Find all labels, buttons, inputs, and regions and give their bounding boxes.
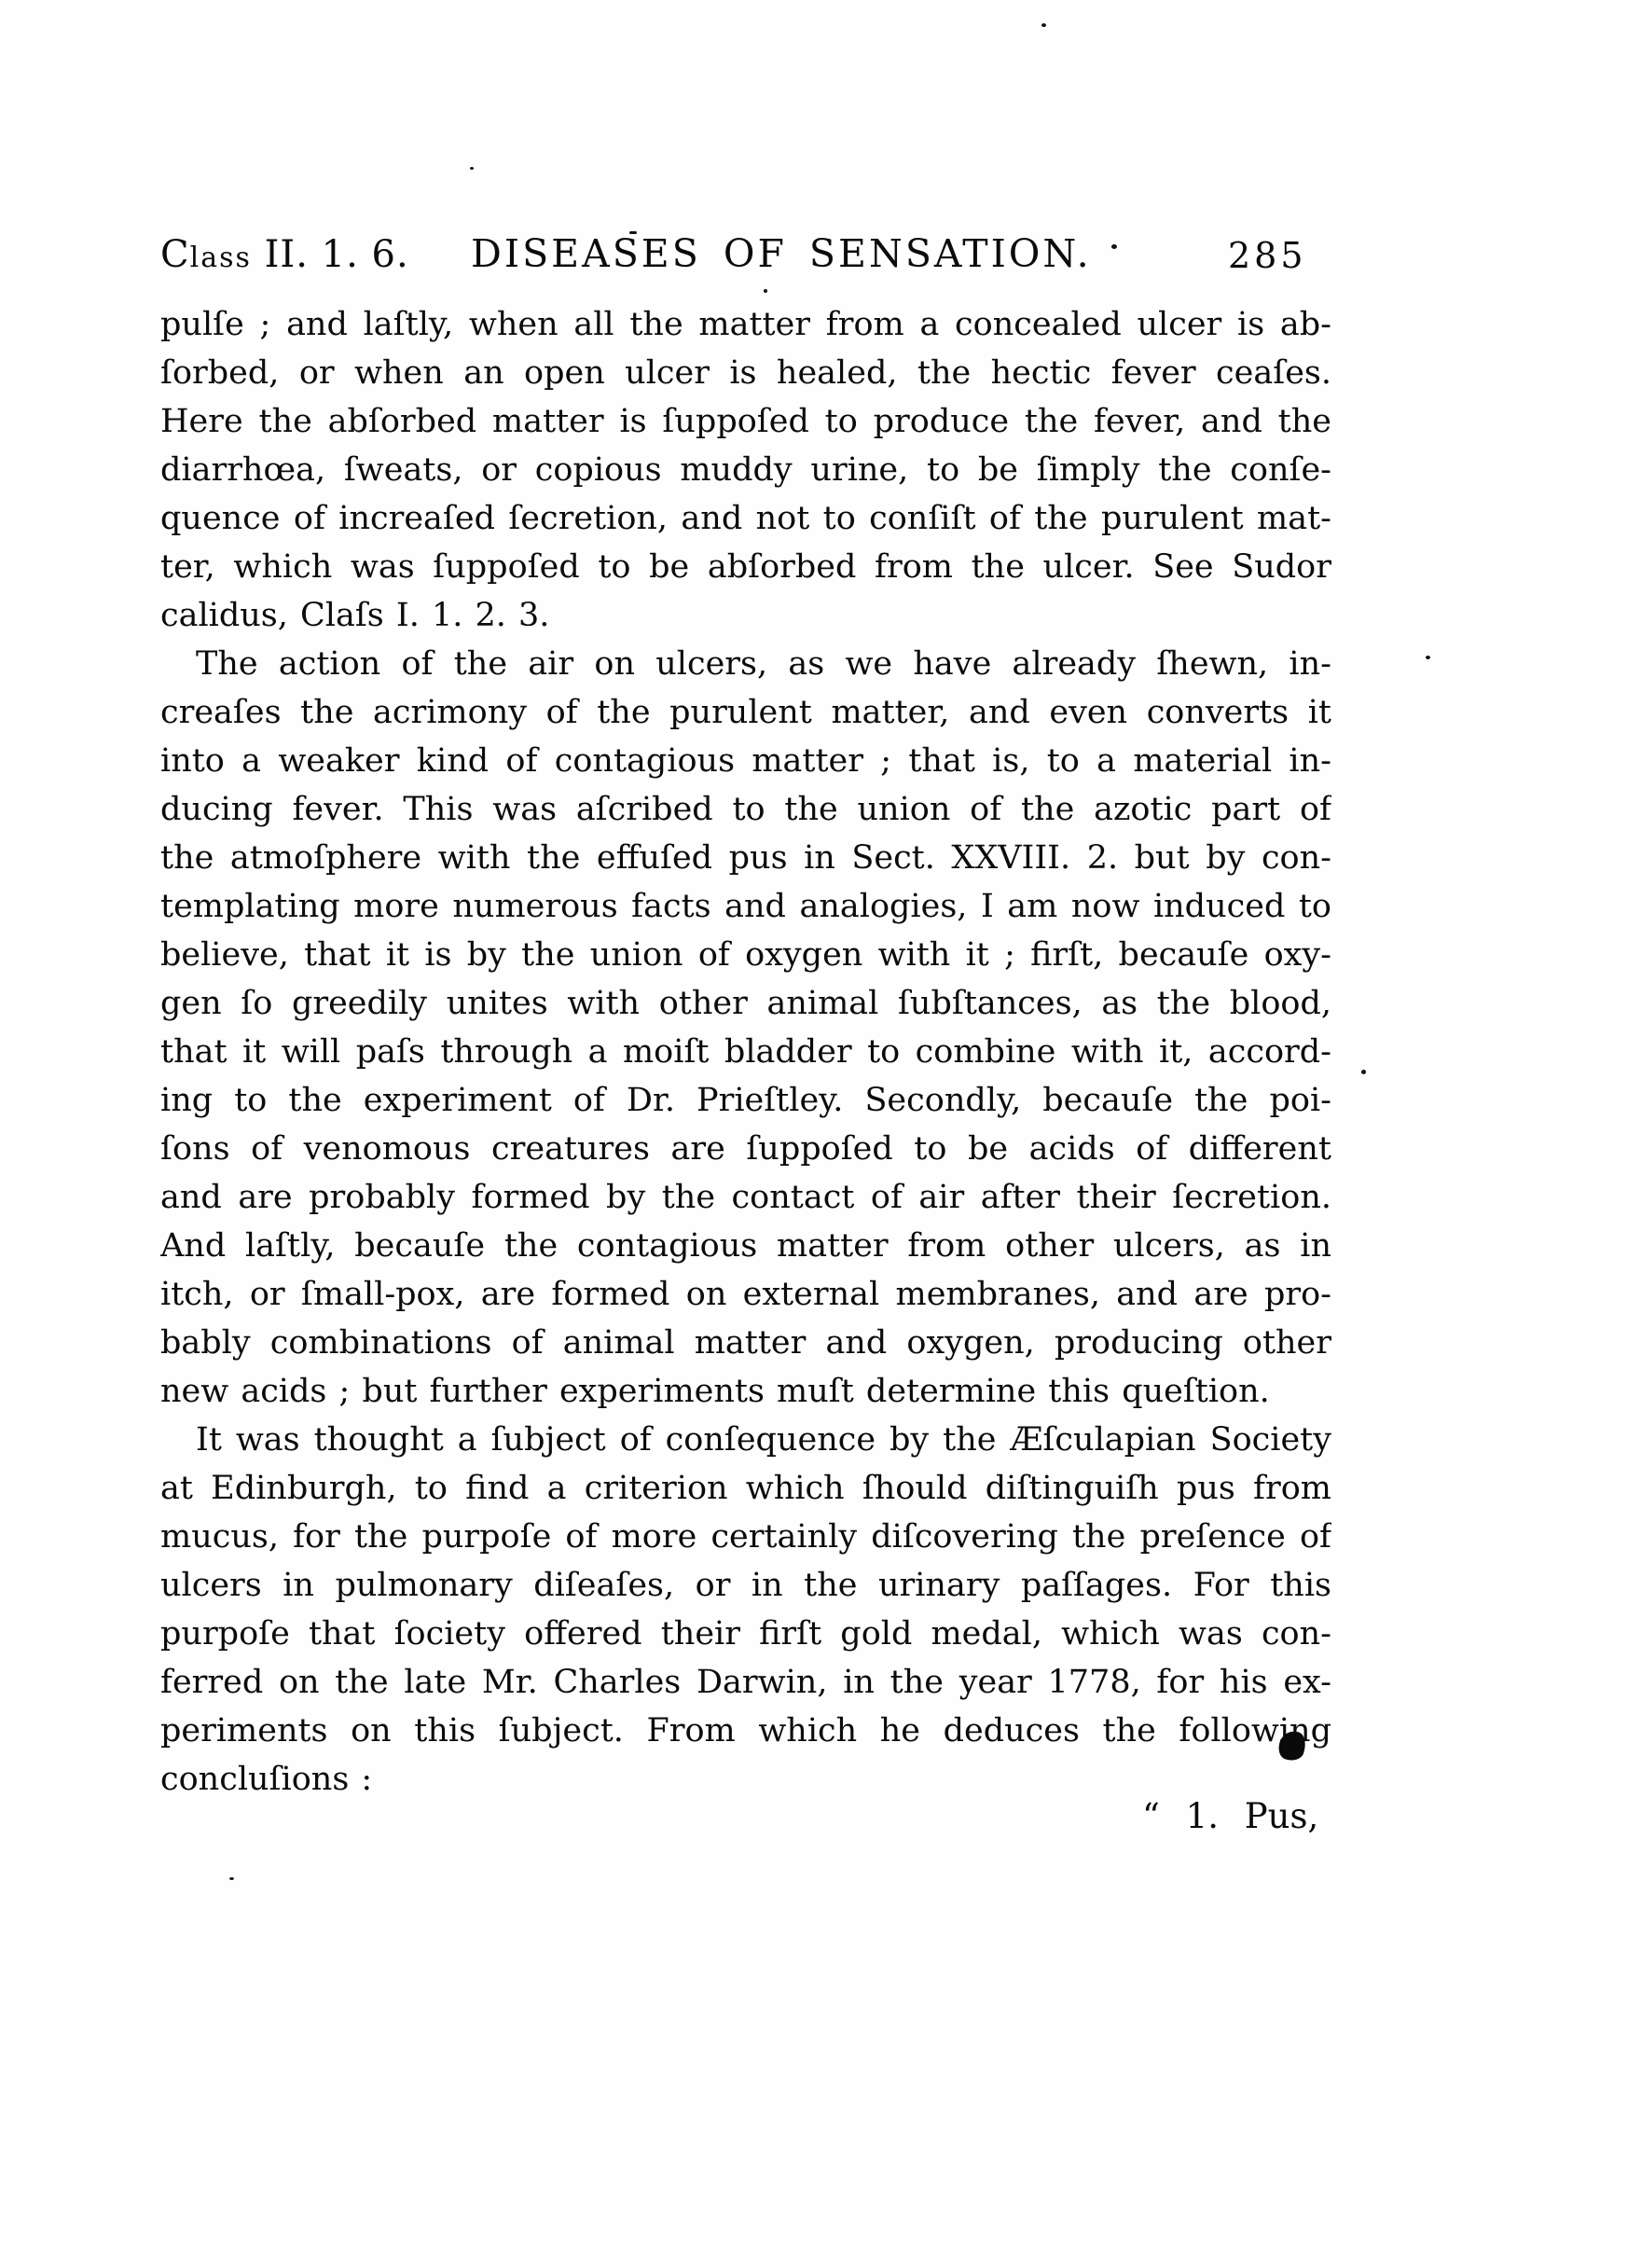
scan-speck (629, 231, 637, 234)
scan-speck (627, 1055, 630, 1058)
class-heading-smallcaps: lass (190, 242, 252, 274)
text-line: calidus, Claſs I. 1. 2. 3. (160, 591, 1331, 640)
text-line: Here the abſorbed matter is ſuppoſed to … (160, 397, 1331, 446)
text-line: templating more numerous facts and analo… (160, 882, 1331, 931)
text-line: into a weaker kind of contagious matter … (160, 737, 1331, 785)
text-line: mucus, for the purpoſe of more certainly… (160, 1513, 1331, 1561)
text-line: itch, or ſmall-pox, are formed on extern… (160, 1270, 1331, 1319)
catchword: “ 1. Pus, (1142, 1796, 1329, 1836)
page-number: 285 (1228, 235, 1307, 276)
text-line: pulſe ; and laſtly, when all the matter … (160, 300, 1331, 349)
text-line: purpoſe that ſociety offered their firſt… (160, 1610, 1331, 1658)
text-line: ter, which was ſuppoſed to be abſorbed f… (160, 543, 1331, 591)
text-line: ſons of venomous creatures are ſuppoſed … (160, 1125, 1331, 1173)
scan-speck (229, 1877, 234, 1880)
text-line: And laſtly, becauſe the contagious matte… (160, 1222, 1331, 1270)
text-line: ſorbed, or when an open ulcer is healed,… (160, 349, 1331, 397)
text-line: periments on this ſubject. From which he… (160, 1707, 1331, 1755)
text-line: and are probably formed by the contact o… (160, 1173, 1331, 1222)
text-line: diarrhœa, ſweats, or copious muddy urine… (160, 446, 1331, 494)
text-line: creaſes the acrimony of the purulent mat… (160, 688, 1331, 737)
text-line: at Edinburgh, to find a criterion which … (160, 1464, 1331, 1513)
text-line: bably combinations of animal matter and … (160, 1319, 1331, 1367)
scan-speck (1426, 656, 1430, 659)
text-line: believe, that it is by the union of oxyg… (160, 931, 1331, 979)
class-heading-initial: C (160, 233, 190, 276)
text-line: new acids ; but further experiments muſt… (160, 1367, 1331, 1416)
text-line: ferred on the late Mr. Charles Darwin, i… (160, 1658, 1331, 1707)
scan-speck (1361, 1070, 1366, 1074)
class-heading-number: II. 1. 6. (252, 233, 409, 276)
text-line: quence of increaſed ſecretion, and not t… (160, 494, 1331, 543)
text-line: ulcers in pulmonary diſeaſes, or in the … (160, 1561, 1331, 1610)
text-line: ducing fever. This was aſcribed to the u… (160, 785, 1331, 834)
text-line: ing to the experiment of Dr. Prieſtley. … (160, 1076, 1331, 1125)
text-line: the atmoſphere with the effuſed pus in S… (160, 834, 1331, 882)
text-line: The action of the air on ulcers, as we h… (160, 640, 1331, 688)
running-head: Class II. 1. 6. DISEASES OF SENSATION. 2… (0, 231, 1641, 278)
book-page: Class II. 1. 6. DISEASES OF SENSATION. 2… (0, 0, 1641, 2268)
text-line: gen ſo greedily unites with other animal… (160, 979, 1331, 1028)
body-text: pulſe ; and laſtly, when all the matter … (160, 300, 1331, 1804)
text-line: It was thought a ſubject of conſequence … (160, 1416, 1331, 1464)
text-line: that it will paſs through a moiſt bladde… (160, 1028, 1331, 1076)
scan-speck (1111, 244, 1117, 249)
scan-speck (470, 167, 474, 170)
scan-speck (764, 289, 767, 293)
class-heading: Class II. 1. 6. (160, 233, 409, 276)
scan-speck (1041, 23, 1046, 27)
page-title: DISEASES OF SENSATION. (471, 231, 1092, 276)
